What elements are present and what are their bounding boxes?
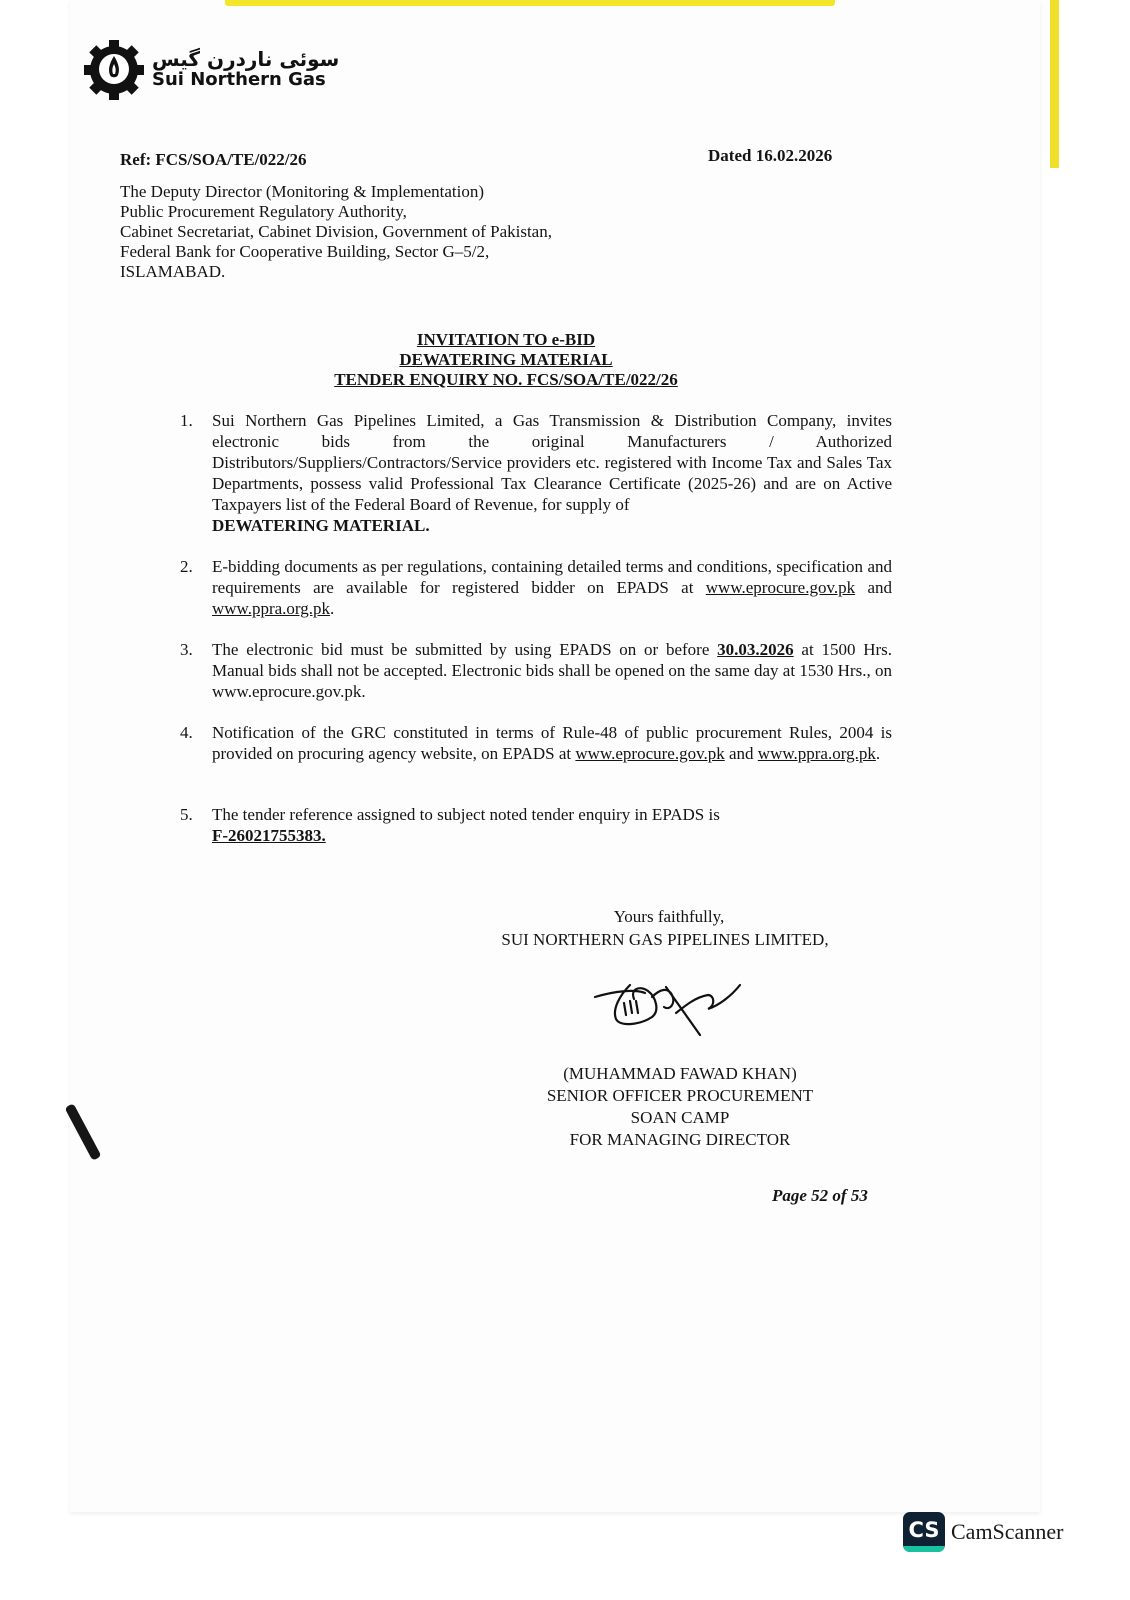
- title-line-3: TENDER ENQUIRY NO. FCS/SOA/TE/022/26: [0, 370, 1012, 390]
- epads-tender-reference: F-26021755383.: [212, 826, 326, 845]
- address-line: ISLAMABAD.: [120, 262, 552, 282]
- item-number: 4.: [180, 722, 212, 764]
- address-line: Federal Bank for Cooperative Building, S…: [120, 242, 552, 262]
- item-body: Notification of the GRC constituted in t…: [212, 722, 892, 764]
- address-line: The Deputy Director (Monitoring & Implem…: [120, 182, 552, 202]
- addressee-block: The Deputy Director (Monitoring & Implem…: [120, 182, 552, 282]
- gear-flame-icon: [82, 38, 146, 102]
- item-body: The electronic bid must be submitted by …: [212, 639, 892, 702]
- item-bold-text: DEWATERING MATERIAL.: [212, 516, 430, 535]
- eprocure-link[interactable]: www.eprocure.gov.pk: [706, 578, 855, 597]
- address-line: Public Procurement Regulatory Authority,: [120, 202, 552, 222]
- list-item: 4. Notification of the GRC constituted i…: [180, 722, 892, 764]
- list-item: 5. The tender reference assigned to subj…: [180, 804, 892, 846]
- company-logo: سوئی ناردرن گیس Sui Northern Gas: [82, 38, 339, 102]
- item-number: 2.: [180, 556, 212, 619]
- item-text-end: .: [330, 599, 334, 618]
- document-title: INVITATION TO e-BID DEWATERING MATERIAL …: [0, 330, 1012, 390]
- signature-image: [590, 975, 750, 1040]
- letter-date: Dated 16.02.2026: [708, 146, 832, 166]
- item-number: 1.: [180, 410, 212, 536]
- title-line-1: INVITATION TO e-BID: [0, 330, 1012, 350]
- address-line: Cabinet Secretariat, Cabinet Division, G…: [120, 222, 552, 242]
- item-body: E-bidding documents as per regulations, …: [212, 556, 892, 619]
- list-item: 2. E-bidding documents as per regulation…: [180, 556, 892, 619]
- ppra-link[interactable]: www.ppra.org.pk: [212, 599, 330, 618]
- list-item: 3. The electronic bid must be submitted …: [180, 639, 892, 702]
- item-text: The electronic bid must be submitted by …: [212, 640, 709, 659]
- title-line-2: DEWATERING MATERIAL: [0, 350, 1012, 370]
- item-body: Sui Northern Gas Pipelines Limited, a Ga…: [212, 410, 892, 536]
- numbered-list: 1. Sui Northern Gas Pipelines Limited, a…: [180, 410, 892, 866]
- item-number: 3.: [180, 639, 212, 702]
- page-number: Page 52 of 53: [772, 1186, 868, 1206]
- logo-urdu-text: سوئی ناردرن گیس: [152, 49, 339, 69]
- signatory-designation: SENIOR OFFICER PROCUREMENT: [510, 1085, 850, 1107]
- ppra-link[interactable]: www.ppra.org.pk: [758, 744, 876, 763]
- camscanner-logo-icon: CS: [903, 1512, 945, 1552]
- item-text-mid: and: [729, 744, 754, 763]
- highlighter-mark-top: [225, 0, 835, 6]
- signatory-block: (MUHAMMAD FAWAD KHAN) SENIOR OFFICER PRO…: [510, 1063, 850, 1151]
- item-body: The tender reference assigned to subject…: [212, 804, 892, 846]
- item-text-end: .: [876, 744, 880, 763]
- eprocure-link[interactable]: www.eprocure.gov.pk: [575, 744, 724, 763]
- item-text: The tender reference assigned to subject…: [212, 805, 720, 824]
- closing-company: SUI NORTHERN GAS PIPELINES LIMITED,: [460, 928, 870, 951]
- camscanner-watermark: CS CamScanner: [903, 1512, 1063, 1552]
- camscanner-label: CamScanner: [951, 1519, 1063, 1545]
- bid-deadline: 30.03.2026: [717, 640, 794, 659]
- highlighter-mark-right: [1050, 0, 1059, 168]
- reference-number: Ref: FCS/SOA/TE/022/26: [120, 150, 307, 170]
- signatory-name: (MUHAMMAD FAWAD KHAN): [510, 1063, 850, 1085]
- signatory-on-behalf: FOR MANAGING DIRECTOR: [510, 1129, 850, 1151]
- signatory-location: SOAN CAMP: [510, 1107, 850, 1129]
- closing-block: Yours faithfully, SUI NORTHERN GAS PIPEL…: [460, 905, 870, 951]
- salutation: Yours faithfully,: [460, 905, 870, 928]
- item-text-mid: and: [867, 578, 892, 597]
- item-number: 5.: [180, 804, 212, 846]
- logo-english-text: Sui Northern Gas: [152, 69, 339, 91]
- item-text: Sui Northern Gas Pipelines Limited, a Ga…: [212, 411, 892, 514]
- list-item: 1. Sui Northern Gas Pipelines Limited, a…: [180, 410, 892, 536]
